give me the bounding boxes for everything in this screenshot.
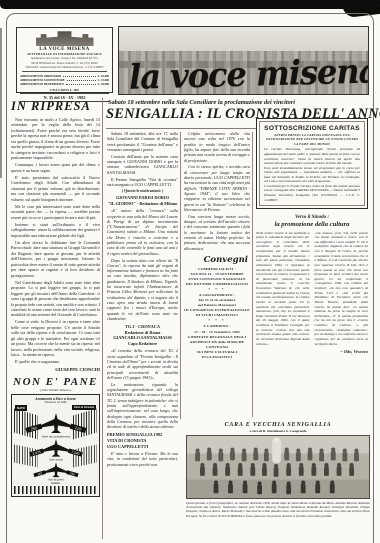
editorial-paragraph: Nel Catechismo degli Adulti sono state f…	[11, 280, 100, 318]
masthead-info-line: STILGRAF - Autorizzazione del Tribunale …	[20, 66, 109, 70]
winner-heading-dorio: GIOVANNI PARISI DORIO "IL GIORNO" - Reda…	[107, 195, 178, 207]
row-label: Navi da guerra	[49, 478, 65, 481]
caritas-opening: APERTA PRESSO LA CARITAS DIOCESANA UNA S…	[264, 133, 360, 146]
sinodo-column-left: Nelle nostre vicarie si sta mettendo a p…	[256, 231, 310, 347]
subscription-row: ABBONAMENTO BENEMERITO L. 20.000	[20, 82, 109, 86]
editorial-paragraph: E' stato presentato dal sottoscritto il …	[11, 175, 100, 202]
caritas-box: SOTTOSCRIZIONE CARITAS APERTA PRESSO LA …	[256, 118, 368, 209]
dot-leader	[67, 80, 96, 81]
article-title-non-e-pane: NON E' PANE	[11, 376, 100, 388]
editorial-signature: GIUSEPPE CIONCHI	[11, 367, 100, 372]
editorial-paragraph: Come si vede, la Diocesi è in ripresa e …	[11, 319, 100, 357]
feature-byline: a cura di R. Giustiniani e A. Casagrande	[186, 429, 370, 433]
masthead-subtitle: SETTIMANALE DI INFORMAZIONE SOCIALE	[20, 52, 109, 56]
column-rule	[180, 132, 181, 419]
article-source-note: ( dalla Tribuna Tedesca )	[11, 388, 100, 392]
feature-title: CARA E VECCHIA SENIGALLIA	[186, 422, 370, 428]
editorial-paragraph: Ma le cose più interessanti sono state d…	[11, 204, 100, 220]
masthead-info-box: LA VOCE MISENA SETTIMANALE DI INFORMAZIO…	[16, 27, 113, 93]
pact-value: 210	[74, 426, 81, 432]
rocca-image	[36, 30, 94, 46]
nato-value: 2.975	[32, 450, 41, 456]
motivation-paragraph: «E' autore della "cronaca" sulla scopert…	[107, 208, 178, 256]
article-paragraph: Il Premio Senigallia "Vita di cronista" …	[107, 177, 178, 188]
nato-value: 250	[30, 426, 37, 432]
convegni-entry: COMMERCIALISTI : ANCONA 16 - 19 SETTEMBR…	[184, 267, 250, 287]
motivation-paragraph: E' nato e lavora a Firenze. Ma la sua vi…	[107, 451, 178, 467]
article-paragraph: Cronista dell'anno per la sezione carta …	[107, 154, 178, 175]
editorial-paragraph: Insieme si starà sull'ordinario e il viv…	[11, 222, 100, 238]
continuation-column: Colpito atrocemente dalla vita ancora un…	[184, 131, 250, 361]
soldier-row-graphic	[14, 486, 97, 494]
motivation-paragraph: «Il cronista della cronaca del TG 2 vien…	[107, 348, 178, 380]
pact-value: 7.240	[71, 450, 80, 456]
scan-left-edge	[0, 28, 2, 178]
caritas-box-inner: SOTTOSCRIZIONE CARITAS APERTA PRESSO LA …	[259, 121, 365, 206]
premio-heading-cappelletti: PREMIO SENIGALLIA 1982 VITA DI CRONISTA …	[107, 432, 178, 449]
scan-top-border	[0, 0, 380, 9]
airplanes-graphic: 250 210 Aerei da combattimento 2.975 7.2…	[24, 411, 89, 483]
copy-price: UNA COPIA L. 300	[20, 88, 109, 92]
editorial-title: IN RIPRESA	[11, 99, 100, 114]
bishop-signature: + Odo, Vescovo	[256, 349, 368, 354]
column-rule	[102, 98, 103, 539]
masthead-info-line: 60019 SENIGALLIA - Piazza Garibaldi, 3 -…	[20, 62, 109, 66]
plane-row: 192 235 Navi da guerra	[33, 462, 78, 481]
group-photo-figures	[187, 436, 369, 498]
separator-stars: * * *	[184, 319, 250, 323]
right-column: SOTTOSCRIZIONE CARITAS APERTA PRESSO LA …	[256, 118, 368, 354]
sinodo-column-right: «via umana» (GS, 54), nelle parole che s…	[315, 231, 369, 347]
winner-heading-santalmassi: TG 2 - CRONACA Redazione di Roma GIANCAR…	[107, 324, 178, 347]
convegni-title: Convegni	[184, 255, 248, 265]
editorial-paragraph: E' quello che ci auguriamo.	[11, 359, 100, 364]
convegni-entry: A SASSOFERRATO : dal 23 al 26 settembre …	[184, 293, 250, 318]
article-paragraph: Una carriera lunga mezzo secolo, dunque,…	[184, 214, 250, 251]
cronista-column: Sabato 18 settembre, alle ore 17, nella …	[107, 131, 178, 468]
editorial-paragraph: Un altro sforzo lo dobbiamo fare le Comu…	[11, 240, 100, 278]
photo-feature: CARA E VECCHIA SENIGALLIA a cura di R. G…	[186, 422, 370, 518]
sinodo-title: la promozione della cultura	[256, 221, 368, 228]
masthead-info-line: Spedizione in abb. postale - Gruppo I bi…	[20, 57, 109, 61]
editorial-column: IN RIPRESA Non eravamo in molti a Colle …	[11, 99, 100, 497]
subscription-label: ABBONAMENTO BENEMERITO	[20, 82, 64, 86]
row-label: Carri armati	[49, 457, 63, 461]
editorial-paragraph: Non eravamo in molti a Colle Aprico, lun…	[11, 117, 100, 161]
subscription-value: L. 20.000	[98, 82, 109, 86]
sinodo-kicker: Verso il Sinodo :	[256, 215, 368, 220]
article-paragraph: Sabato 18 settembre, alle ore 17, nella …	[107, 131, 178, 152]
newspaper-title: la voce misena	[129, 51, 369, 95]
dot-leader	[66, 84, 96, 85]
motivation-paragraph: Dopo la notizia data con rilievo da "Il …	[107, 258, 178, 322]
row-label: Aerei da combattimento	[42, 434, 71, 438]
plane-row: 250 210 Aerei da combattimento	[25, 413, 86, 439]
article-paragraph: Con lo stesso spirito, e avendo cura di …	[184, 164, 250, 212]
panorama-photo: la voce misena	[118, 26, 369, 95]
sinodo-text-columns: Nelle nostre vicarie si sta mettendo a p…	[256, 231, 368, 347]
article-paragraph: Colpito atrocemente dalla vita ancora un…	[184, 131, 250, 163]
plane-row: 2.975 7.240 Carri armati	[29, 439, 83, 462]
newspaper-front-page: LA VOCE MISENA SETTIMANALE DI INFORMAZIO…	[0, 0, 380, 543]
motivation-paragraph: La motivazione riguarda la segnalazione …	[107, 382, 178, 430]
headline-kicker: Sabato 18 settembre nella Sala Consiliar…	[108, 99, 368, 106]
column-rule	[252, 132, 253, 417]
photo-caption: Questi giovani si fecero fotografare, un…	[186, 501, 370, 519]
group-photo	[186, 435, 370, 499]
divider	[22, 71, 107, 72]
infographic-subtitle: Situazione nel 1982	[12, 401, 99, 404]
motivation-note: ( Queste le motivazioni: )	[107, 189, 178, 193]
editorial-paragraph: Comunque, i lavori erano quasi più del c…	[11, 162, 100, 173]
armaments-infographic: Armamenti a Est e a Ovest Situazione nel…	[11, 394, 100, 497]
caritas-body: La Caritas Diocesana, raccogliendo l'inv…	[264, 147, 360, 202]
caritas-title: SOTTOSCRIZIONE CARITAS	[264, 125, 360, 132]
dot-leader	[63, 76, 96, 77]
convegni-entry: A CAMERINO : 17 - 18 - 19 Settembre 1982…	[184, 324, 250, 359]
separator-stars: * * *	[184, 288, 250, 292]
